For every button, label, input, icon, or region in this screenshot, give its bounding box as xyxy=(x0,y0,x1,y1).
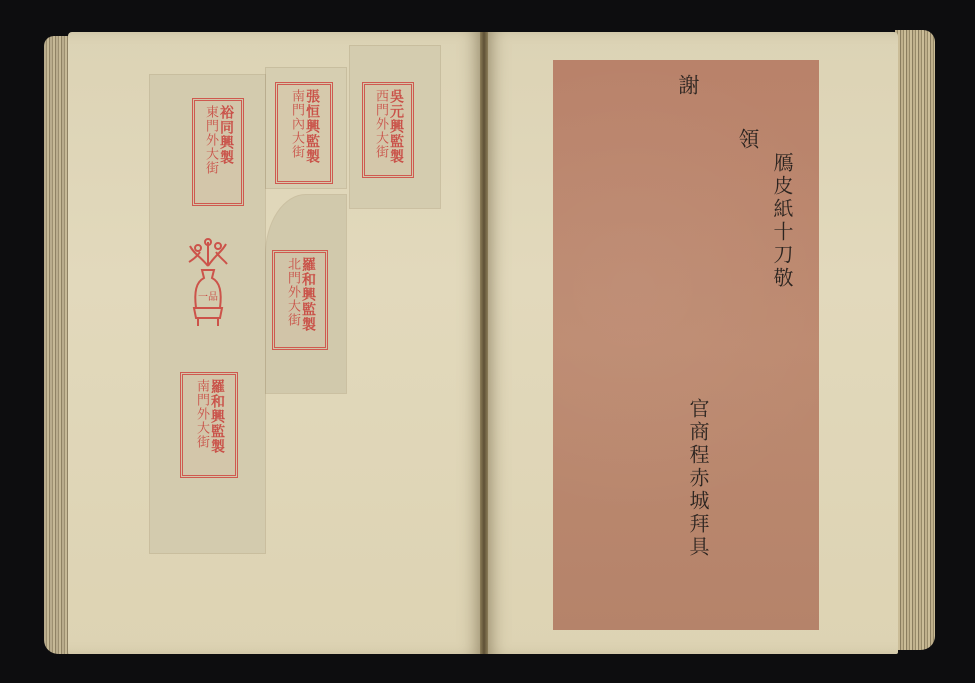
open-album: 裕同興製 東門外大街 張恒興監製 南門內大街 吳元興監製 西門外大街 羅和興監製… xyxy=(0,0,975,683)
seal-impression: 裕同興製 東門外大街 xyxy=(192,98,244,206)
seal-main-text: 羅和興監製 xyxy=(210,379,223,471)
seal-sub-text: 南門外大街 xyxy=(195,379,208,471)
seal-main-text: 張恒興監製 xyxy=(305,89,318,177)
seal-main-text: 羅和興監製 xyxy=(301,257,314,343)
seal-impression: 羅和興監製 南門外大街 xyxy=(180,372,238,478)
slip-signature: 官商程赤城拜具 xyxy=(686,398,710,559)
slip-receive: 領 xyxy=(736,128,760,153)
vase-seal-icon: 一品 xyxy=(186,236,230,332)
seal-sub-text: 東門外大街 xyxy=(204,105,217,199)
seal-sub-text: 北門外大街 xyxy=(286,257,299,343)
seal-sub-text: 南門內大街 xyxy=(290,89,303,177)
seal-impression: 羅和興監製 北門外大街 xyxy=(272,250,328,350)
right-page-edges xyxy=(895,30,935,650)
slip-heading: 謝 xyxy=(676,74,700,99)
seal-main-text: 吳元興監製 xyxy=(389,89,402,171)
slip-item: 鴈皮紙十刀敬 xyxy=(770,152,794,290)
book-gutter xyxy=(480,32,488,654)
seal-impression: 吳元興監製 西門外大街 xyxy=(362,82,414,178)
seal-impression: 張恒興監製 南門內大街 xyxy=(275,82,333,184)
vase-label: 一品 xyxy=(198,291,218,303)
seal-main-text: 裕同興製 xyxy=(219,105,232,199)
seal-sub-text: 西門外大街 xyxy=(374,89,387,171)
